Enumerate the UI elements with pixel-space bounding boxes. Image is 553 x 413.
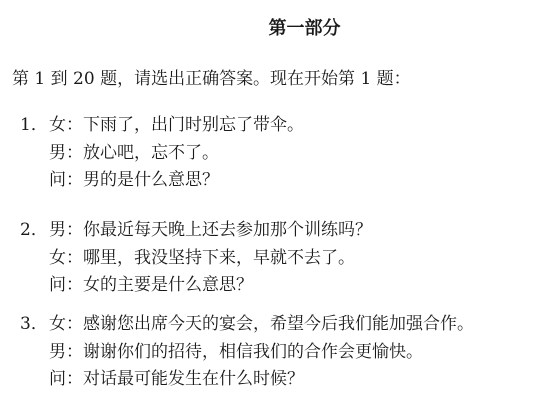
question-number: 1． bbox=[20, 112, 49, 140]
dialogue-line: 男： 谢谢你们的招待，相信我们的合作会更愉快。 bbox=[20, 339, 474, 367]
speaker-label: 男： bbox=[49, 140, 83, 168]
speaker-label: 男： bbox=[49, 217, 83, 245]
dialogue-text: 下雨了，出门时别忘了带伞。 bbox=[83, 112, 304, 140]
question-line: 问： 男的是什么意思？ bbox=[20, 167, 304, 195]
dialogue-text: 谢谢你们的招待，相信我们的合作会更愉快。 bbox=[83, 339, 423, 367]
speaker-label: 女： bbox=[49, 311, 83, 339]
instructions: 第 1 到 20 题，请选出正确答案。现在开始第 1 题： bbox=[12, 64, 411, 89]
dialogue-line: 女： 哪里，我没坚持下来，早就不去了。 bbox=[20, 245, 372, 273]
question-1: 1． 女： 下雨了，出门时别忘了带伞。 男： 放心吧，忘不了。 问： 男的是什么… bbox=[20, 112, 304, 195]
question-text: 对话最可能发生在什么时候？ bbox=[83, 366, 304, 394]
speaker-label: 问： bbox=[49, 167, 83, 195]
dialogue-line: 1． 女： 下雨了，出门时别忘了带伞。 bbox=[20, 112, 304, 140]
question-line: 问： 女的主要是什么意思？ bbox=[20, 272, 372, 300]
speaker-label: 女： bbox=[49, 112, 83, 140]
question-3: 3． 女： 感谢您出席今天的宴会，希望今后我们能加强合作。 男： 谢谢你们的招待… bbox=[20, 311, 474, 394]
question-number: 3． bbox=[20, 311, 49, 339]
dialogue-line: 2． 男： 你最近每天晚上还去参加那个训练吗？ bbox=[20, 217, 372, 245]
speaker-label: 问： bbox=[49, 272, 83, 300]
speaker-label: 问： bbox=[49, 366, 83, 394]
dialogue-text: 哪里，我没坚持下来，早就不去了。 bbox=[83, 245, 355, 273]
page-title: 第一部分 bbox=[0, 14, 553, 40]
dialogue-line: 3． 女： 感谢您出席今天的宴会，希望今后我们能加强合作。 bbox=[20, 311, 474, 339]
question-line: 问： 对话最可能发生在什么时候？ bbox=[20, 366, 474, 394]
dialogue-text: 你最近每天晚上还去参加那个训练吗？ bbox=[83, 217, 372, 245]
question-text: 女的主要是什么意思？ bbox=[83, 272, 253, 300]
speaker-label: 女： bbox=[49, 245, 83, 273]
question-text: 男的是什么意思？ bbox=[83, 167, 219, 195]
dialogue-line: 男： 放心吧，忘不了。 bbox=[20, 140, 304, 168]
dialogue-text: 感谢您出席今天的宴会，希望今后我们能加强合作。 bbox=[83, 311, 474, 339]
question-number: 2． bbox=[20, 217, 49, 245]
dialogue-text: 放心吧，忘不了。 bbox=[83, 140, 219, 168]
question-2: 2． 男： 你最近每天晚上还去参加那个训练吗？ 女： 哪里，我没坚持下来，早就不… bbox=[20, 217, 372, 300]
speaker-label: 男： bbox=[49, 339, 83, 367]
